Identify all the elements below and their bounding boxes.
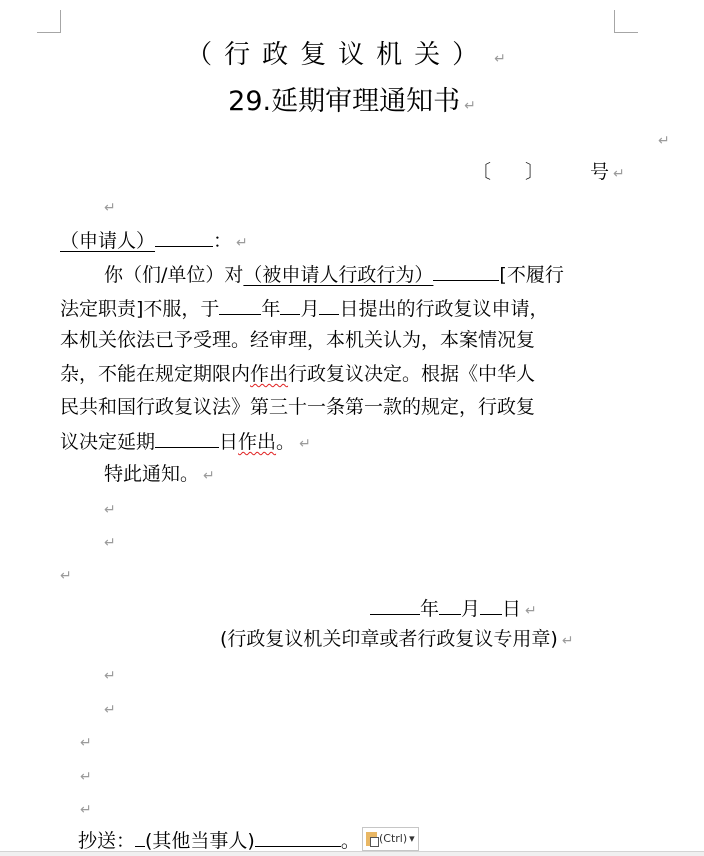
body-line-5: 民共和国行政复议法》第三十一条第一款的规定，行政复: [60, 394, 535, 420]
paragraph-mark-icon: ↵: [80, 769, 92, 785]
paragraph-mark-icon: ↵: [104, 535, 116, 551]
chevron-down-icon: ▾: [409, 828, 415, 850]
paragraph-mark-icon: ↵: [658, 133, 670, 149]
body-line-3: 本机关依法已予受理。经审理，本机关认为，本案情况复: [60, 327, 535, 353]
paragraph-mark-icon: ↵: [464, 98, 476, 114]
window-bottom-edge: [0, 851, 704, 856]
empty-paragraph: ↵: [76, 795, 92, 823]
clipboard-icon: [366, 832, 377, 846]
paragraph-mark-icon: ↵: [104, 668, 116, 684]
empty-paragraph: ↵: [56, 561, 72, 589]
year-blank[interactable]: [219, 294, 261, 315]
paragraph-mark-icon: ↵: [203, 468, 215, 484]
spelling-flag[interactable]: 作出: [238, 431, 276, 453]
paragraph-mark-icon: ↵: [613, 166, 625, 182]
date-line: 年月日↵: [370, 594, 537, 624]
empty-paragraph: ↵: [76, 728, 92, 756]
addressee-line: （申请人）：↵: [60, 226, 248, 256]
paragraph-mark-icon: ↵: [236, 235, 248, 251]
cc-line: 抄送：(其他当事人)。: [78, 826, 360, 854]
month-blank[interactable]: [280, 294, 300, 315]
header-org: （行政复议机关）↵: [0, 38, 704, 76]
day-blank[interactable]: [319, 294, 339, 315]
empty-paragraph: ↵: [76, 762, 92, 790]
closing-line: 特此通知。↵: [104, 461, 215, 489]
crop-mark-top-right: [614, 10, 638, 33]
empty-paragraph: ↵: [100, 661, 116, 689]
paragraph-mark-icon: ↵: [80, 802, 92, 818]
paste-options-button[interactable]: (Ctrl) ▾: [362, 827, 419, 851]
date-day-blank[interactable]: [480, 594, 502, 615]
paragraph-mark-icon: ↵: [299, 436, 311, 452]
applicant-field[interactable]: （申请人）: [60, 230, 155, 252]
body-line-6: 议决定延期日作出。↵: [60, 427, 311, 457]
crop-mark-top-left: [37, 10, 61, 33]
paragraph-mark-icon: ↵: [104, 702, 116, 718]
page-title: 29.延期审理通知书↵: [0, 85, 704, 123]
paragraph-mark-icon: ↵: [80, 735, 92, 751]
empty-paragraph: ↵: [100, 193, 116, 221]
doc-number: 〔〕号↵: [472, 159, 625, 187]
body-line-2: 法定职责]不服，于年月日提出的行政复议申请，: [60, 294, 548, 322]
respondent-action-field[interactable]: （被申请人行政行为）: [243, 264, 433, 286]
paragraph-mark-icon: ↵: [60, 568, 72, 584]
date-month-blank[interactable]: [439, 594, 461, 615]
paragraph-mark-icon: ↵: [525, 603, 537, 619]
paragraph-mark-icon: ↵: [104, 200, 116, 216]
paragraph-mark-icon: ↵: [104, 502, 116, 518]
other-parties-field[interactable]: (其他当事人): [145, 830, 255, 852]
body-line-4: 杂，不能在规定期限内作出行政复议决定。根据《中华人: [60, 361, 535, 387]
paragraph-mark-icon: ↵: [494, 51, 518, 67]
spelling-flag[interactable]: 作出: [250, 363, 288, 385]
extension-days-blank[interactable]: [155, 427, 219, 448]
body-line-1: 你（们/单位）对（被申请人行政行为）[不履行: [104, 260, 564, 288]
empty-paragraph: ↵: [100, 695, 116, 723]
empty-paragraph: ↵: [100, 528, 116, 556]
paragraph-mark-icon: ↵: [562, 633, 574, 649]
empty-paragraph: ↵: [654, 126, 670, 154]
empty-paragraph: ↵: [100, 495, 116, 523]
date-year-blank[interactable]: [370, 594, 420, 615]
seal-line: (行政复议机关印章或者行政复议专用章)↵: [220, 626, 574, 654]
